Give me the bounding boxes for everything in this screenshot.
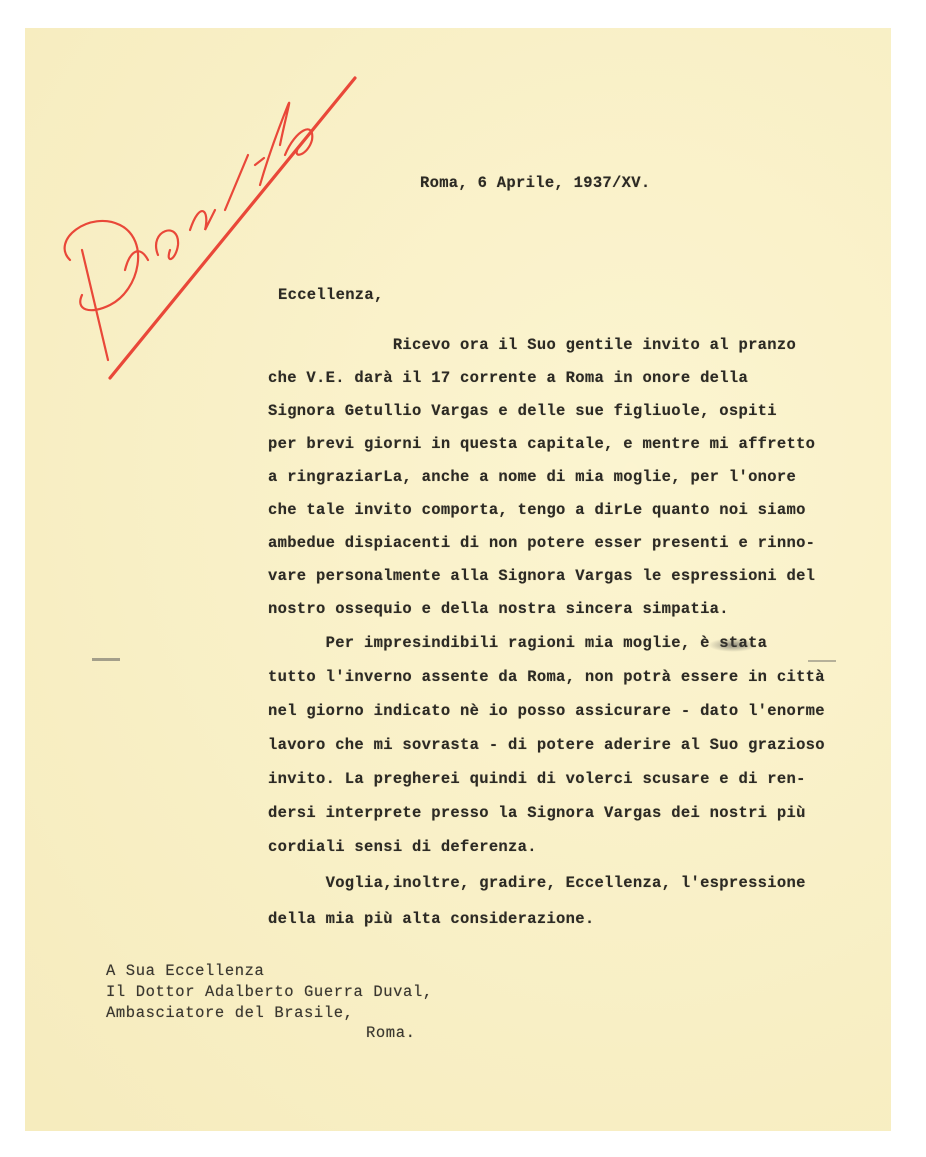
letter-body: Ricevo ora il Suo gentile invito al pran… <box>268 336 287 678</box>
address-line-1: A Sua Eccellenza <box>106 962 264 980</box>
body-line: vare personalmente alla Signora Vargas l… <box>268 567 815 601</box>
body-line: a ringraziarLa, anche a nome di mia mogl… <box>268 468 796 502</box>
body-line: della mia più alta considerazione. <box>268 910 594 944</box>
body-line: Signora Getullio Vargas e delle sue figl… <box>268 402 777 436</box>
address-line-2: Il Dottor Adalberto Guerra Duval, <box>106 983 433 1001</box>
address-line-4: Roma. <box>366 1024 416 1042</box>
body-line: che V.E. darà il 17 corrente a Roma in o… <box>268 369 748 403</box>
body-line: per brevi giorni in questa capitale, e m… <box>268 435 815 469</box>
body-line: ambedue dispiacenti di non potere esser … <box>268 534 815 568</box>
date-line: Roma, 6 Aprile, 1937/XV. <box>420 174 650 192</box>
address-line-3: Ambasciatore del Brasile, <box>106 1004 354 1022</box>
body-line: invito. La pregherei quindi di volerci s… <box>268 770 806 804</box>
body-line: Ricevo ora il Suo gentile invito al pran… <box>268 336 796 370</box>
body-line: nostro ossequio e della nostra sincera s… <box>268 600 729 634</box>
body-line: Per impresindibili ragioni mia moglie, è… <box>268 634 767 668</box>
margin-mark <box>92 658 120 661</box>
body-line: tutto l'inverno assente da Roma, non pot… <box>268 668 825 702</box>
underline-mark <box>808 660 836 662</box>
salutation: Eccellenza, <box>278 286 384 304</box>
body-line: cordiali sensi di deferenza. <box>268 838 537 872</box>
ink-smudge <box>708 638 758 652</box>
body-line: dersi interprete presso la Signora Varga… <box>268 804 806 838</box>
body-line: nel giorno indicato nè io posso assicura… <box>268 702 825 736</box>
body-line: lavoro che mi sovrasta - di potere aderi… <box>268 736 825 770</box>
annotation-text: Brasile <box>30 60 33 61</box>
body-line: Voglia,inoltre, gradire, Eccellenza, l'e… <box>268 874 806 908</box>
body-line: che tale invito comporta, tengo a dirLe … <box>268 501 806 535</box>
